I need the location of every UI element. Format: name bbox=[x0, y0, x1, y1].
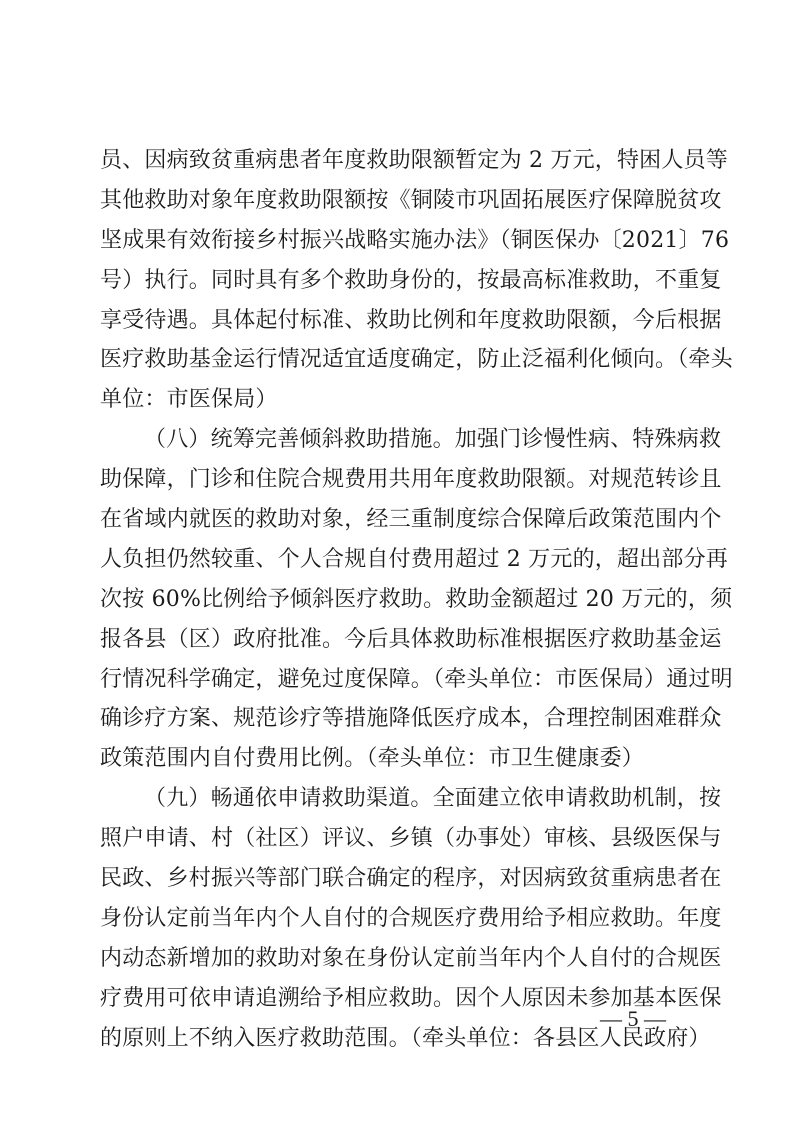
text-line: 助保障，门诊和住院合规费用共用年度救助限额。对规范转诊且 bbox=[100, 460, 690, 500]
text-line: 民政、乡村振兴等部门联合确定的程序，对因病致贫重病患者在 bbox=[100, 859, 690, 899]
text-line: 号）执行。同时具有多个救助身份的，按最高标准救助，不重复 bbox=[100, 261, 690, 301]
document-page: 员、因病致贫重病患者年度救助限额暂定为 2 万元，特困人员等 其他救助对象年度救… bbox=[0, 0, 794, 1121]
text-line: 人负担仍然较重、个人合规自付费用超过 2 万元的，超出部分再 bbox=[100, 540, 690, 580]
text-line: 员、因病致贫重病患者年度救助限额暂定为 2 万元，特困人员等 bbox=[100, 141, 690, 181]
text-line: 其他救助对象年度救助限额按《铜陵市巩固拓展医疗保障脱贫攻 bbox=[100, 181, 690, 221]
text-line: 次按 60%比例给予倾斜医疗救助。救助金额超过 20 万元的，须 bbox=[100, 580, 690, 620]
text-line: 行情况科学确定，避免过度保障。（牵头单位：市医保局）通过明 bbox=[100, 660, 690, 700]
section-heading-8: （八）统筹完善倾斜救助措施。加强门诊慢性病、特殊病救 bbox=[100, 420, 690, 460]
text-line: 在省域内就医的救助对象，经三重制度综合保障后政策范围内个 bbox=[100, 500, 690, 540]
text-line: 坚成果有效衔接乡村振兴战略实施办法》（铜医保办〔2021〕76 bbox=[100, 221, 690, 261]
text-line: 政策范围内自付费用比例。（牵头单位：市卫生健康委） bbox=[100, 739, 690, 779]
text-line: 身份认定前当年内个人自付的合规医疗费用给予相应救助。年度 bbox=[100, 899, 690, 939]
body-text: 员、因病致贫重病患者年度救助限额暂定为 2 万元，特困人员等 其他救助对象年度救… bbox=[100, 141, 690, 1058]
text-line: 确诊疗方案、规范诊疗等措施降低医疗成本，合理控制困难群众 bbox=[100, 699, 690, 739]
text-line: 单位：市医保局） bbox=[100, 380, 690, 420]
page-number: — 5 — bbox=[600, 1006, 666, 1032]
section-heading-9: （九）畅通依申请救助渠道。全面建立依申请救助机制，按 bbox=[100, 779, 690, 819]
text-line: 照户申请、村（社区）评议、乡镇（办事处）审核、县级医保与 bbox=[100, 819, 690, 859]
text-line: 医疗救助基金运行情况适宜适度确定，防止泛福利化倾向。（牵头 bbox=[100, 340, 690, 380]
text-line: 享受待遇。具体起付标准、救助比例和年度救助限额，今后根据 bbox=[100, 301, 690, 341]
text-line: 内动态新增加的救助对象在身份认定前当年内个人自付的合规医 bbox=[100, 939, 690, 979]
text-line: 报各县（区）政府批准。今后具体救助标准根据医疗救助基金运 bbox=[100, 620, 690, 660]
